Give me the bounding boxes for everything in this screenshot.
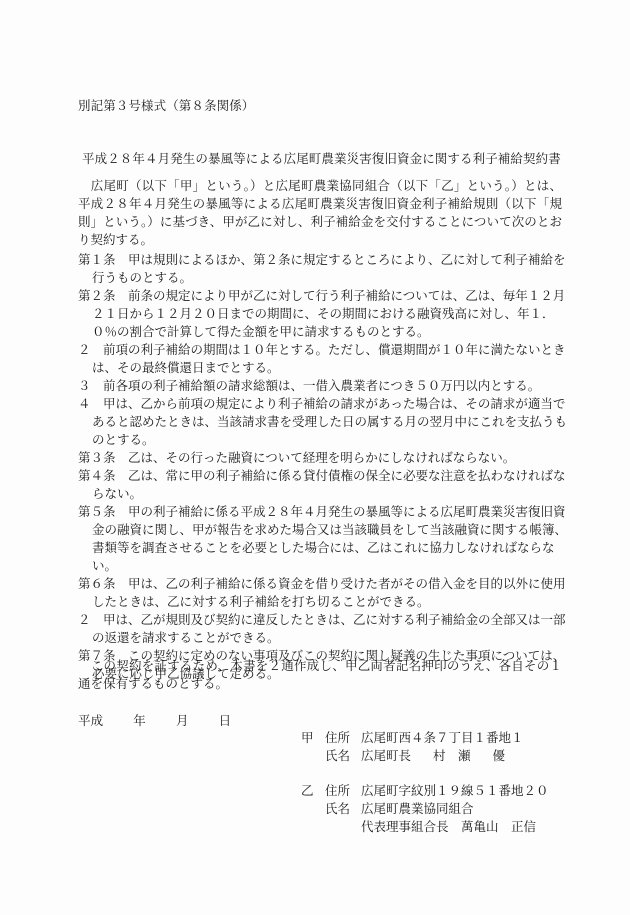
party-b-organization: 広尾町農業協同組合 — [361, 801, 474, 816]
preamble: 広尾町（以下「甲」という。）と広尾町農業協同組合（以下「乙」という。）とは、平成… — [78, 177, 562, 249]
date-day: 日 — [219, 713, 232, 728]
form-label: 別記第３号様式（第８条関係） — [78, 97, 254, 115]
date-year: 年 — [133, 713, 146, 728]
article-2-clause-4: ４ 甲は、乙から前項の規定により利子補給の請求があった場合は、その請求が適当であ… — [78, 395, 568, 449]
party-a-mark: 甲 — [301, 729, 325, 747]
closing-statement: この契約を証するため、本書を２通作成し、甲乙両者記名押印のうえ、各自その１通を保… — [78, 657, 562, 693]
party-a-surname: 村 瀬 — [433, 748, 471, 763]
article-3: 第３条 乙は、その行った融資について経理を明らかにしなければならない。 — [78, 449, 568, 467]
article-2: 第２条 前条の規定により甲が乙に対して行う利子補給については、乙は、毎年１２月２… — [78, 287, 568, 341]
signature-date: 平成 年 月 日 — [78, 712, 231, 730]
document-page: 別記第３号様式（第８条関係） 平成２８年４月発生の暴風等による広尾町農業災害復旧… — [0, 0, 630, 915]
document-title: 平成２８年４月発生の暴風等による広尾町農業災害復旧資金に関する利子補給契約書 — [82, 150, 561, 168]
articles-list: 第１条 甲は規則によるほか、第２条に規定するところにより、乙に対して利子補給を行… — [78, 251, 568, 683]
party-a-title: 広尾町長 — [361, 748, 411, 763]
party-a-name-label: 氏名 — [325, 747, 361, 765]
party-b-address-label: 住所 — [325, 782, 361, 800]
party-a: 甲住所広尾町西４条７丁目１番地１ 氏名広尾町長村 瀬優 — [301, 729, 524, 765]
party-b-name-label: 氏名 — [325, 800, 361, 818]
article-6: 第６条 甲は、乙の利子補給に係る資金を借り受けた者がその借入金を目的以外に使用し… — [78, 575, 568, 611]
article-1: 第１条 甲は規則によるほか、第２条に規定するところにより、乙に対して利子補給を行… — [78, 251, 568, 287]
party-b: 乙住所広尾町字紋別１９線５１番地２０ 氏名広尾町農業協同組合 代表理事組合長 萬… — [301, 782, 549, 836]
article-2-clause-2: ２ 前項の利子補給の期間は１０年とする。ただし、償還期間が１０年に満たないときは… — [78, 341, 568, 377]
date-month: 月 — [176, 713, 189, 728]
article-4: 第４条 乙は、常に甲の利子補給に係る貸付債権の保全に必要な注意を払わなければなら… — [78, 467, 568, 503]
party-a-given-name: 優 — [493, 748, 506, 763]
party-b-mark: 乙 — [301, 782, 325, 800]
date-era: 平成 — [78, 713, 103, 728]
article-2-clause-3: ３ 前各項の利子補給額の請求総額は、一借入農業者につき５０万円以内とする。 — [78, 377, 568, 395]
party-a-address-label: 住所 — [325, 729, 361, 747]
party-b-representative: 代表理事組合長 萬亀山 正信 — [361, 819, 536, 834]
article-5: 第５条 甲の利子補給に係る平成２８年４月発生の暴風等による広尾町農業災害復旧資金… — [78, 503, 568, 575]
article-6-clause-2: ２ 甲は、乙が規則及び契約に違反したときは、乙に対する利子補給金の全部又は一部の… — [78, 611, 568, 647]
party-b-address: 広尾町字紋別１９線５１番地２０ — [361, 783, 549, 798]
party-a-address: 広尾町西４条７丁目１番地１ — [361, 730, 524, 745]
